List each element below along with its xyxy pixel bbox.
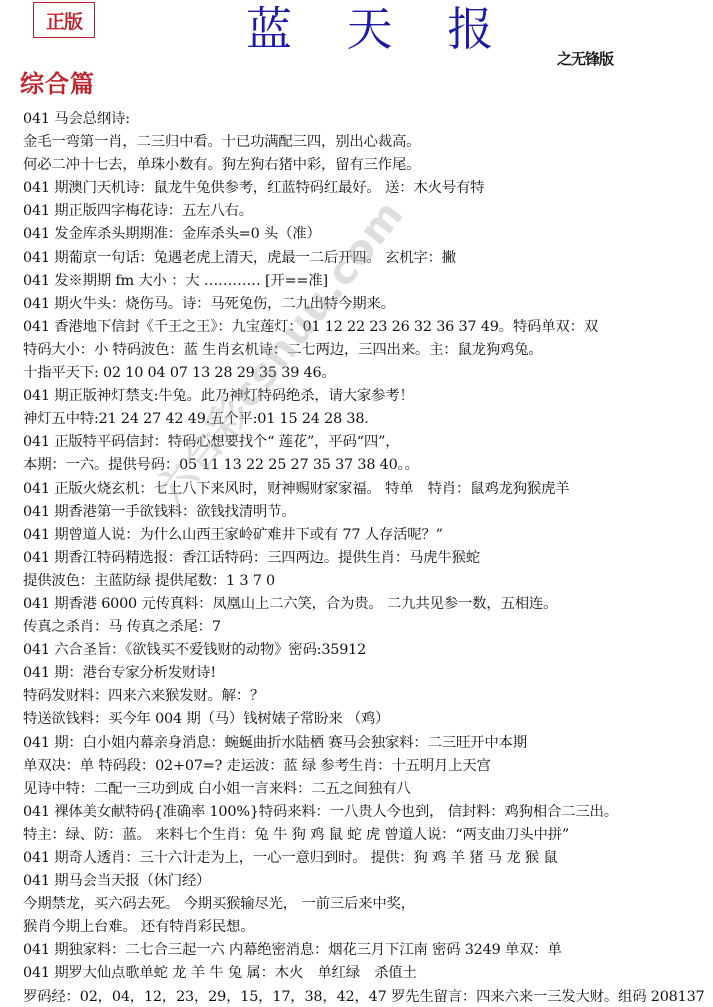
text-line: 特送欲钱料：买今年 004 期（马）钱树婊子常盼来 （鸡） [23,708,713,731]
text-line: 041 期正版神灯禁支:牛兔。此乃神灯特码绝杀，请大家参考！ [23,385,713,408]
text-line: 今期禁龙，买六码去死。 今期买猴输尽光， 一前三后来中奖， [23,893,713,916]
text-line: 猴肖今期上台难。 还有特肖彩民想。 [23,916,713,939]
genuine-edition-badge: 正版 [33,2,95,38]
edition-label: 之无锋版 [557,48,613,69]
text-line: 神灯五中特:21 24 27 42 49.五个平:01 15 24 28 38. [23,408,713,431]
text-line: 041 期罗大仙点歌单蛇 龙 羊 牛 兔 属：木火 单红绿 杀值土 [23,962,713,985]
text-line: 041 发※期期 fm 大小 ：大 ………… [开==准] [23,270,713,293]
text-line: 传真之杀肖：马 传真之杀尾：7 [23,616,713,639]
text-line: 本期：一六。提供号码：05 11 13 22 25 27 35 37 38 40… [23,454,713,477]
text-line: 特码大小：小 特码波色：蓝 生肖玄机诗：二七两边，三四出来。主：鼠龙狗鸡兔。 [23,339,713,362]
page-title: 蓝 天 报 [246,2,513,56]
text-line: 041 期：白小姐内幕亲身消息：蜿蜒曲折水陆栖 赛马会独家料：二三旺开中本期 [23,732,713,755]
text-line: 041 期奇人透肖：三十六计走为上，一心一意归到时。 提供：狗 鸡 羊 猪 马 … [23,847,713,870]
text-line: 041 期香港 6000 元传真料：凤凰山上二六笑，合为贵。 二九共见参一数，五… [23,593,713,616]
text-line: 041 香港地下信封《千王之王》：九宝莲灯：01 12 22 23 26 32 … [23,316,713,339]
text-line: 041 期香江特码精选报：香江话特码：三四两边。提供生肖：马虎牛猴蛇 [23,547,713,570]
text-line: 041 期葡京一句话：兔遇老虎上清天，虎最一二后开四。 玄机字：撇 [23,247,713,270]
text-line: 041 期：港台专家分析发财诗! [23,662,713,685]
section-heading: 综合篇 [20,64,95,99]
text-line: 041 发金库杀头期期准：金库杀头=0 头（准） [23,223,713,246]
text-line: 见诗中特：二配一三功到成 白小姐一言来料：二五之间独有八 [23,778,713,801]
text-line: 041 期正版四字梅花诗：五左八右。 [23,200,713,223]
text-line: 特主：绿、防：蓝。 来料七个生肖：兔 牛 狗 鸡 鼠 蛇 虎 曾道人说：“两支曲… [23,824,713,847]
text-line: 特码发财料：四来六来猴发财。解：？ [23,685,713,708]
text-line: 041 马会总纲诗: [23,108,713,131]
text-line: 单双决：单 特码段：02+07=? 走运波：蓝 绿 参考生肖：十五明月上天宫 [23,755,713,778]
article-body: 041 马会总纲诗: 金毛一弯第一肖，二三归中看。十已功满配三四，别出心裁高。 … [23,108,713,1007]
text-line: 041 期独家料：二七合三起一六 内幕绝密消息：烟花三月下江南 密码 3249 … [23,939,713,962]
text-line: 金毛一弯第一肖，二三归中看。十已功满配三四，别出心裁高。 [23,131,713,154]
text-line: 041 期澳门天机诗：鼠龙牛兔供参考，红蓝特码红最好。 送：木火号有特 [23,177,713,200]
text-line: 041 期马会当天报（休门经） [23,870,713,893]
text-line: 罗码经：02，04，12，23，29，15，17，38，42，47 罗先生留言：… [23,986,713,1007]
text-line: 提供波色：主蓝防绿 提供尾数：1 3 7 0 [23,570,713,593]
text-line: 041 期香港第一手欲钱料：欲钱找清明节。 [23,501,713,524]
text-line: 041 六合圣旨：《欲钱买不爱钱财的动物》密码:35912 [23,639,713,662]
text-line: 何必二冲十七去，单珠小数有。狗左狗右猪中彩，留有三作尾。 [23,154,713,177]
text-line: 十指平天下: 02 10 04 07 13 28 29 35 39 46。 [23,362,713,385]
text-line: 041 裸体美女献特码{准确率 100%}特码来料：一八贵人今也到， 信封料：鸡… [23,801,713,824]
text-line: 041 正版火烧玄机：七上八下来风时，财神赐财家家福。 特单 特肖：鼠鸡龙狗猴虎… [23,478,713,501]
text-line: 041 期火牛头：烧伤马。诗：马死兔伤，二九出特今期来。 [23,293,713,316]
text-line: 041 期曾道人说：为什么山西王家岭矿难井下或有 77 人存活呢？” [23,524,713,547]
text-line: 041 正版特平码信封：特码心想要找个“ 莲花”，平码“四”， [23,431,713,454]
